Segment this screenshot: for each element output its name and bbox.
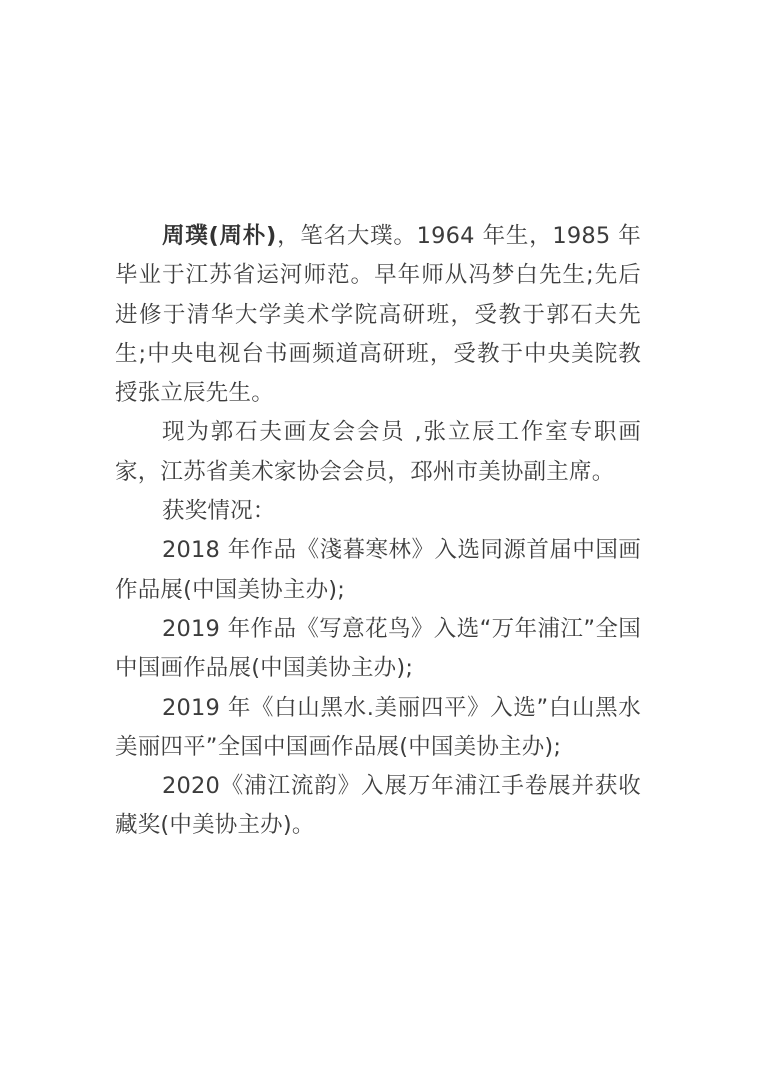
award-item: 2018 年作品《淺暮寒林》入选同源首届中国画作品展(中国美协主办); — [115, 531, 641, 610]
awards-heading: 获奖情况： — [115, 492, 641, 531]
position-paragraph: 现为郭石夫画友会会员 ,张立辰工作室专职画家，江苏省美术家协会会员，邳州市美协副… — [115, 413, 641, 492]
award-item: 2020《浦江流韵》入展万年浦江手卷展并获收藏奖(中美协主办)。 — [115, 767, 641, 846]
document-page: 周璞(周朴)，笔名大璞。1964 年生，1985 年毕业于江苏省运河师范。早年师… — [115, 217, 641, 846]
bio-text: ，笔名大璞。1964 年生，1985 年毕业于江苏省运河师范。早年师从冯梦白先生… — [115, 223, 641, 406]
award-item: 2019 年《白山黑水.美丽四平》入选”白山黑水美丽四平”全国中国画作品展(中国… — [115, 689, 641, 768]
bio-paragraph: 周璞(周朴)，笔名大璞。1964 年生，1985 年毕业于江苏省运河师范。早年师… — [115, 217, 641, 413]
artist-name: 周璞(周朴) — [162, 223, 277, 249]
award-item: 2019 年作品《写意花鸟》入选“万年浦江”全国中国画作品展(中国美协主办); — [115, 610, 641, 689]
